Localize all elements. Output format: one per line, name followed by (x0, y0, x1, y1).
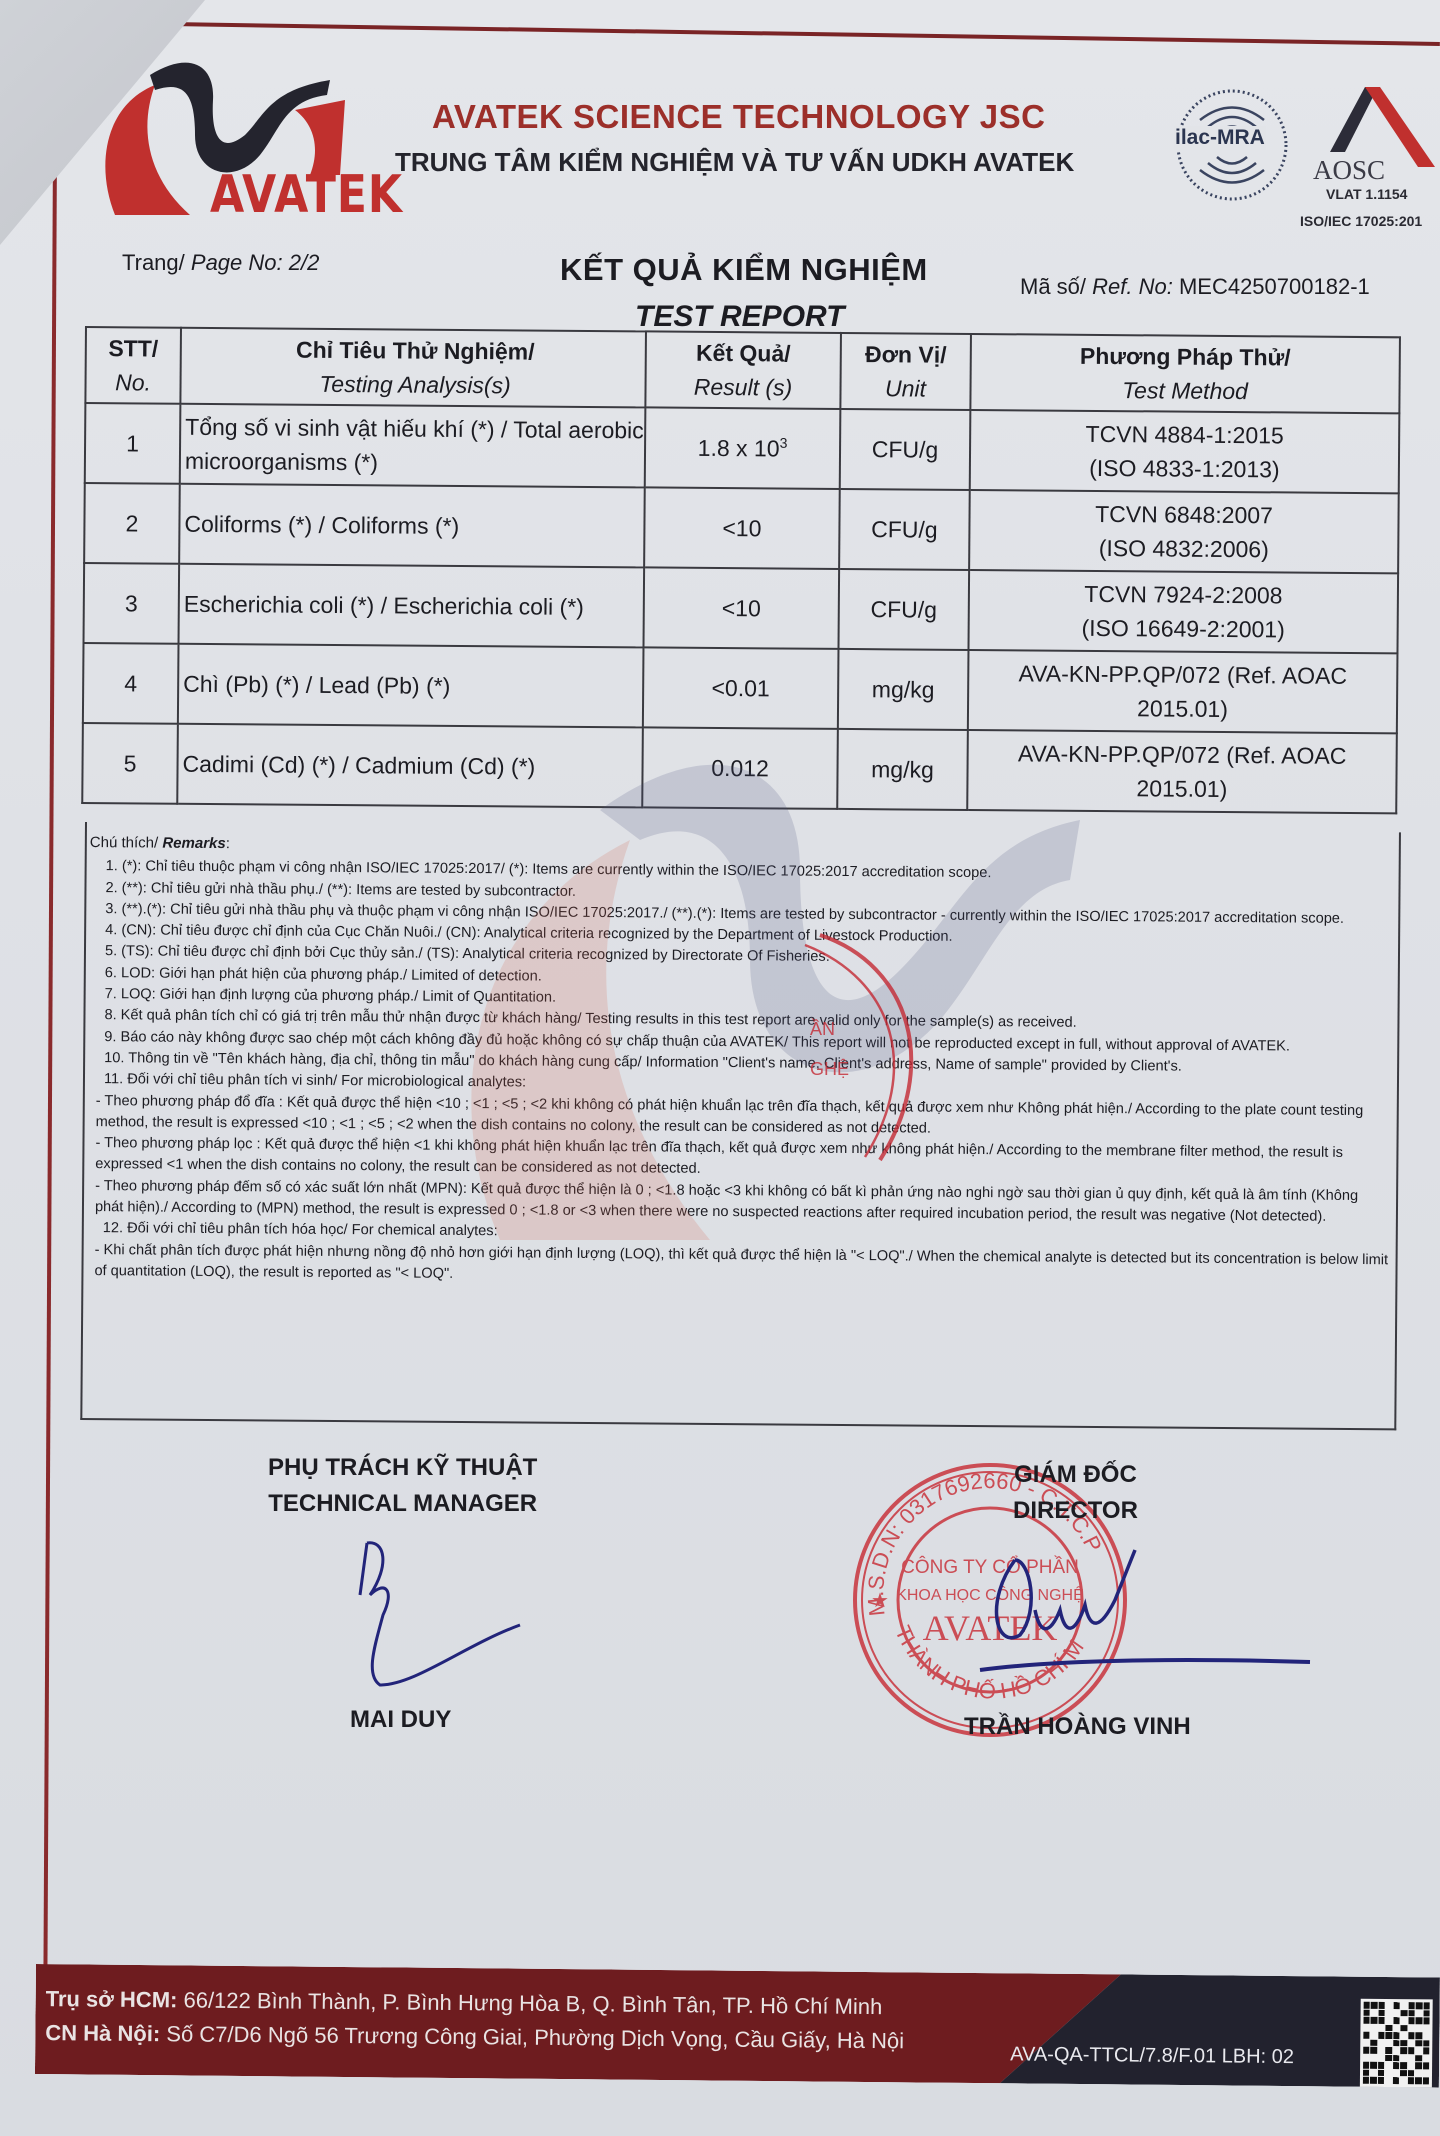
row-number: 5 (82, 723, 178, 804)
company-name-en: AVATEK SCIENCE TECHNOLOGY JSC (432, 98, 1045, 136)
row-result: <0.01 (643, 647, 839, 729)
title-en: TECHNICAL MANAGER (268, 1486, 537, 1522)
row-analysis: Tổng số vi sinh vật hiếu khí (*) / Total… (180, 404, 646, 488)
header-vn: Phương Pháp Thử/ (972, 338, 1399, 375)
logo-wordmark: AVATEK (210, 165, 403, 225)
page-number-label-en: Page No: 2/2 (191, 250, 319, 275)
iso-badge-text: ISO/IEC 17025:201 (1300, 213, 1422, 229)
method-line: (ISO 4833-1:2013) (971, 450, 1398, 487)
table-row: 1Tổng số vi sinh vật hiếu khí (*) / Tota… (85, 403, 1400, 493)
col-header-method: Phương Pháp Thử/Test Method (970, 334, 1400, 413)
header-vn: STT/ (87, 331, 180, 366)
method-line: 2015.01) (969, 690, 1396, 727)
remarks-list: 1. (*): Chỉ tiêu thuộc phạm vi công nhận… (86, 856, 1392, 1292)
row-result: <10 (644, 487, 840, 569)
row-number: 1 (85, 403, 181, 484)
ilac-label: ilac-MRA (1174, 126, 1266, 150)
report-title-en: TEST REPORT (635, 300, 844, 334)
remarks-section: Chú thích/ Remarks: 1. (*): Chỉ tiêu thu… (80, 822, 1401, 1430)
frame-border-left (43, 170, 57, 2030)
svg-text:ẦN: ẦN (810, 1018, 835, 1039)
col-header-analysis: Chỉ Tiêu Thử Nghiệm/Testing Analysis(s) (180, 328, 646, 408)
report-title-vn: KẾT QUẢ KIỂM NGHIỆM (560, 252, 928, 288)
row-method: TCVN 4884-1:2015(ISO 4833-1:2013) (970, 410, 1400, 493)
table-header-row: STT/No. Chỉ Tiêu Thử Nghiệm/Testing Anal… (85, 327, 1400, 413)
method-line: 2015.01) (968, 770, 1395, 807)
ref-label-en: Ref. No: (1092, 274, 1179, 299)
header-en: Unit (841, 371, 969, 406)
technical-manager-name: MAI DUY (350, 1706, 451, 1734)
qr-code-icon[interactable] (1360, 1999, 1433, 2088)
form-code: AVA-QA-TTCL/7.8/F.01 LBH: 02 (1010, 2043, 1294, 2069)
col-header-no: STT/No. (85, 327, 181, 404)
row-method: AVA-KN-PP.QP/072 (Ref. AOAC2015.01) (967, 730, 1397, 813)
header-vn: Kết Quả/ (647, 335, 840, 371)
table-row: 4Chì (Pb) (*) / Lead (Pb) (*)<0.01mg/kgA… (83, 643, 1398, 733)
row-analysis: Cadimi (Cd) (*) / Cadmium (Cd) (*) (177, 724, 643, 808)
footer-bar: Trụ sở HCM: 66/122 Bình Thành, P. Bình H… (35, 1964, 1440, 2087)
result-exponent: 3 (780, 435, 788, 451)
row-method: TCVN 6848:2007(ISO 4832:2006) (969, 490, 1399, 573)
director-name: TRẦN HOÀNG VINH (964, 1713, 1191, 1741)
hcm-label: Trụ sở HCM: (46, 1986, 178, 2012)
table-body: 1Tổng số vi sinh vật hiếu khí (*) / Tota… (82, 403, 1399, 813)
row-number: 2 (84, 483, 180, 564)
svg-text:GHỆ: GHỆ (810, 1059, 849, 1079)
frame-border-top (170, 22, 1440, 46)
vlat-number: VLAT 1.1154 (1326, 186, 1407, 202)
remarks-title-en: Remarks (162, 835, 226, 852)
page-number-label-vn: Trang/ (122, 250, 191, 275)
ref-value: MEC4250700182-1 (1179, 274, 1370, 299)
title-vn: GIÁM ĐỐC (1013, 1457, 1138, 1493)
page-number: Trang/ Page No: 2/2 (122, 250, 319, 276)
remark-item: - Khi chất phân tích được phát hiện nhưn… (86, 1240, 1389, 1293)
hn-label: CN Hà Nội: (45, 2020, 160, 2046)
ref-label-vn: Mã số/ (1020, 274, 1092, 299)
row-unit: CFU/g (839, 489, 970, 570)
svg-text:★: ★ (871, 1590, 889, 1612)
title-vn: PHỤ TRÁCH KỸ THUẬT (268, 1450, 537, 1486)
method-line: TCVN 6848:2007 (970, 496, 1397, 533)
header-en: Result (s) (646, 369, 839, 405)
header-en: No. (86, 365, 179, 400)
row-number: 3 (84, 563, 180, 644)
header-en: Test Method (971, 372, 1398, 409)
result-value: 1.8 x 10 (698, 435, 780, 462)
col-header-unit: Đơn Vị/Unit (840, 333, 971, 410)
header-vn: Chỉ Tiêu Thử Nghiệm/ (186, 332, 645, 370)
aosc-label: AOSC (1313, 155, 1385, 186)
header-en: Testing Analysis(s) (185, 366, 644, 404)
reference-number: Mã số/ Ref. No: MEC4250700182-1 (1020, 274, 1370, 300)
row-result: 1.8 x 103 (645, 407, 841, 489)
result-value: <10 (722, 515, 761, 541)
director-signature-icon (975, 1540, 1315, 1690)
technical-manager-title: PHỤ TRÁCH KỸ THUẬT TECHNICAL MANAGER (268, 1450, 537, 1522)
method-line: AVA-KN-PP.QP/072 (Ref. AOAC (969, 656, 1396, 693)
results-table: STT/No. Chỉ Tiêu Thử Nghiệm/Testing Anal… (81, 326, 1401, 814)
row-unit: mg/kg (837, 729, 968, 810)
row-unit: CFU/g (840, 409, 971, 490)
row-number: 4 (83, 643, 179, 724)
result-value: <0.01 (711, 675, 769, 701)
title-en: DIRECTOR (1013, 1493, 1138, 1529)
table-row: 2Coliforms (*) / Coliforms (*)<10CFU/gTC… (84, 483, 1399, 573)
row-unit: CFU/g (838, 569, 969, 650)
method-line: TCVN 4884-1:2015 (971, 416, 1398, 453)
row-analysis: Escherichia coli (*) / Escherichia coli … (179, 564, 645, 648)
table-row: 5Cadimi (Cd) (*) / Cadmium (Cd) (*)0.012… (82, 723, 1397, 813)
row-result: <10 (643, 567, 839, 649)
row-unit: mg/kg (838, 649, 969, 730)
row-method: AVA-KN-PP.QP/072 (Ref. AOAC2015.01) (968, 650, 1398, 733)
row-method: TCVN 7924-2:2008(ISO 16649-2:2001) (968, 570, 1398, 653)
header-vn: Đơn Vị/ (842, 337, 970, 372)
table-row: 3Escherichia coli (*) / Escherichia coli… (84, 563, 1399, 653)
result-value: 0.012 (711, 755, 769, 781)
method-line: AVA-KN-PP.QP/072 (Ref. AOAC (969, 736, 1396, 773)
result-value: <10 (722, 595, 761, 621)
stamp-partial-icon: ẦN GHỆ (790, 925, 1010, 1165)
director-title: GIÁM ĐỐC DIRECTOR (1013, 1457, 1138, 1529)
col-header-result: Kết Quả/Result (s) (645, 331, 841, 409)
row-analysis: Coliforms (*) / Coliforms (*) (179, 484, 645, 568)
technical-manager-signature-icon (355, 1535, 525, 1695)
method-line: TCVN 7924-2:2008 (970, 576, 1397, 613)
method-line: (ISO 4832:2006) (970, 530, 1397, 567)
document-page: AVATEK AVATEK SCIENCE TECHNOLOGY JSC TRU… (0, 0, 1440, 2136)
row-result: 0.012 (642, 727, 838, 809)
remarks-title-vn: Chú thích/ (90, 834, 163, 852)
method-line: (ISO 16649-2:2001) (970, 610, 1397, 647)
row-analysis: Chì (Pb) (*) / Lead (Pb) (*) (178, 644, 644, 728)
company-name-vn: TRUNG TÂM KIỂM NGHIỆM VÀ TƯ VẤN UDKH AVA… (395, 147, 1074, 178)
